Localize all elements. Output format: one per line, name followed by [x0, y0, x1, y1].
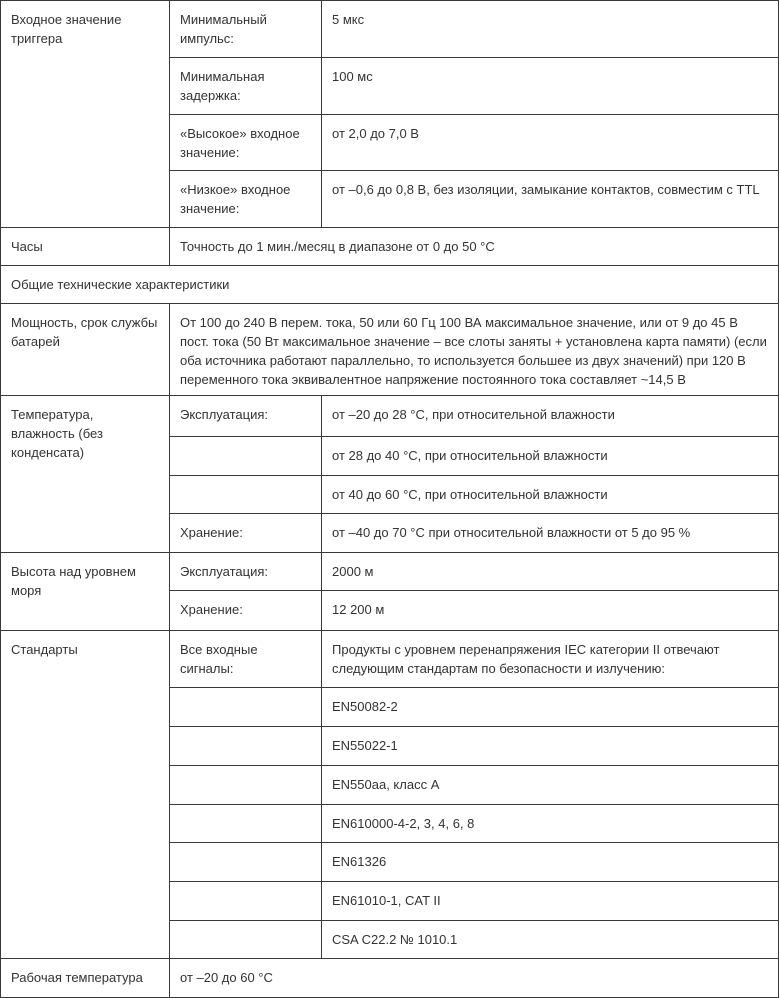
table-row: Рабочая температура от –20 до 60 °C: [1, 959, 779, 998]
value-cell: Продукты с уровнем перенапряжения IEC ка…: [322, 631, 779, 688]
param-cell: Хранение:: [170, 591, 322, 631]
value-cell: EN610000-4-2, 3, 4, 6, 8: [322, 805, 779, 843]
table-row: Часы Точность до 1 мин./месяц в диапазон…: [1, 228, 779, 266]
value-cell: EN55022-1: [322, 727, 779, 766]
param-cell: «Высокое» входное значение:: [170, 115, 322, 171]
row-label-standards: Стандарты: [1, 631, 170, 959]
section-title-general: Общие технические характеристики: [1, 266, 779, 304]
section-header-row: Общие технические характеристики: [1, 266, 779, 304]
param-cell: [170, 921, 322, 959]
param-cell: Эксплуатация:: [170, 553, 322, 591]
param-cell: Все входные сигналы:: [170, 631, 322, 688]
row-label-clock: Часы: [1, 228, 170, 266]
row-label-altitude: Высота над уровнем моря: [1, 553, 170, 631]
param-cell: Хранение:: [170, 514, 322, 553]
value-cell: CSA C22.2 № 1010.1: [322, 921, 779, 959]
value-cell: от 28 до 40 °C, при относительной влажно…: [322, 437, 779, 476]
value-cell: от 40 до 60 °C, при относительной влажно…: [322, 476, 779, 514]
param-cell: [170, 882, 322, 921]
value-cell: Точность до 1 мин./месяц в диапазоне от …: [170, 228, 779, 266]
param-cell: «Низкое» входное значение:: [170, 171, 322, 228]
value-cell: EN50082-2: [322, 688, 779, 727]
value-cell: EN61326: [322, 843, 779, 882]
value-cell: от –40 до 70 °C при относительной влажно…: [322, 514, 779, 553]
row-label-operating-temp: Рабочая температура: [1, 959, 170, 998]
value-cell: EN550aa, класс A: [322, 766, 779, 805]
table-row: Высота над уровнем моря Эксплуатация: 20…: [1, 553, 779, 591]
value-cell: от 2,0 до 7,0 В: [322, 115, 779, 171]
value-cell: от –20 до 28 °C, при относительной влажн…: [322, 396, 779, 437]
param-cell: [170, 476, 322, 514]
table-row: Входное значение триггера Минимальный им…: [1, 1, 779, 58]
value-cell: 100 мс: [322, 58, 779, 115]
table-row: Мощность, срок службы батарей От 100 до …: [1, 304, 779, 396]
param-cell: [170, 766, 322, 805]
param-cell: [170, 688, 322, 727]
param-cell: [170, 437, 322, 476]
param-cell: [170, 843, 322, 882]
table-row: Стандарты Все входные сигналы: Продукты …: [1, 631, 779, 688]
param-cell: [170, 727, 322, 766]
value-cell: От 100 до 240 В перем. тока, 50 или 60 Г…: [170, 304, 779, 396]
param-cell: Эксплуатация:: [170, 396, 322, 437]
table-row: Температура, влажность (без конденсата) …: [1, 396, 779, 437]
specifications-table: Входное значение триггера Минимальный им…: [0, 0, 779, 998]
value-cell: от –20 до 60 °C: [170, 959, 779, 998]
row-label-temperature: Температура, влажность (без конденсата): [1, 396, 170, 553]
value-cell: от –0,6 до 0,8 В, без изоляции, замыкани…: [322, 171, 779, 228]
value-cell: 2000 м: [322, 553, 779, 591]
value-cell: EN61010-1, CAT II: [322, 882, 779, 921]
param-cell: [170, 805, 322, 843]
value-cell: 5 мкс: [322, 1, 779, 58]
param-cell: Минимальный импульс:: [170, 1, 322, 58]
value-cell: 12 200 м: [322, 591, 779, 631]
row-label-power: Мощность, срок службы батарей: [1, 304, 170, 396]
row-label-trigger: Входное значение триггера: [1, 1, 170, 228]
param-cell: Минимальная задержка:: [170, 58, 322, 115]
